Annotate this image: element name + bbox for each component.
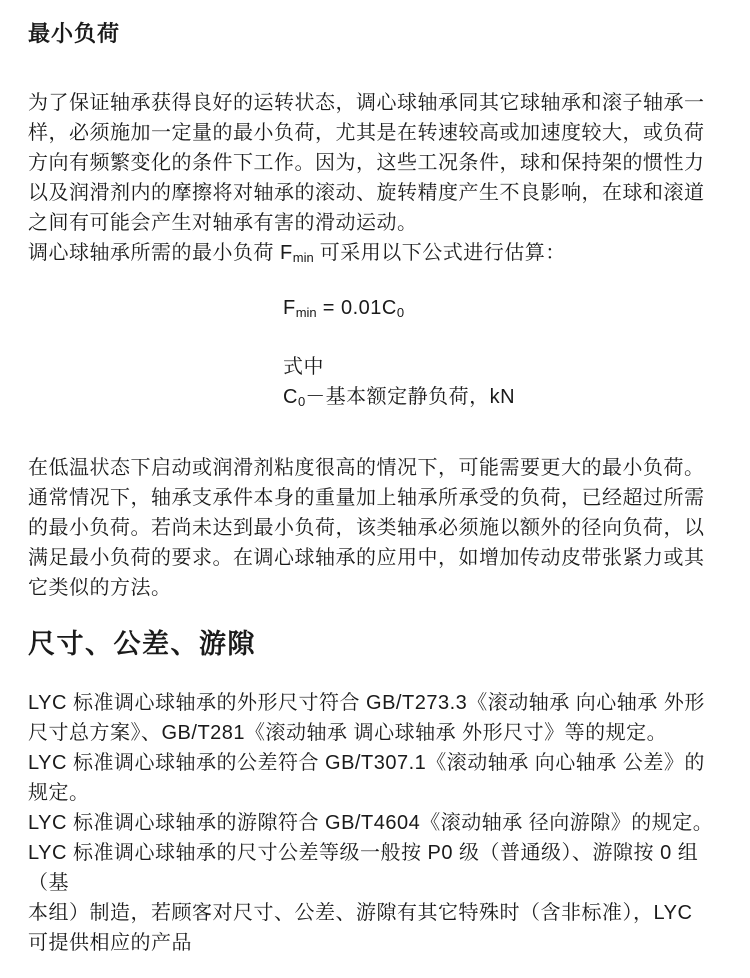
text-line: 以及润滑剂内的摩擦将对轴承的滚动、旋转精度产生不良影响，在球和滚道 [28,178,722,208]
text-line: 为了保证轴承获得良好的运转状态，调心球轴承同其它球轴承和滚子轴承一 [28,88,722,118]
formula-c-subscript: 0 [397,305,404,320]
formula-intro-pre: 调心球轴承所需的最小负荷 F [28,242,293,264]
text-line: LYC 标准调心球轴承的外形尺寸符合 GB/T273.3《滚动轴承 向心轴承 外… [28,688,722,718]
text-line: 尺寸总方案》、GB/T281《滚动轴承 调心球轴承 外形尺寸》等的规定。 [28,718,722,748]
text-line: LYC 标准调心球轴承的游隙符合 GB/T4604《滚动轴承 径向游隙》的规定。 [28,808,722,838]
where-def-symbol: C [283,386,298,408]
min-load-paragraph-2: 在低温状态下启动或润滑剂粘度很高的情况下，可能需要更大的最小负荷。通常情况下，轴… [28,453,722,603]
formula-f-subscript: min [296,305,317,320]
text-line: LYC 标准调心球轴承的尺寸公差等级一般按 P0 级（普通级）、游隙按 0 组（… [28,838,722,898]
formula-where-definition: C0－基本额定静负荷，kN [283,382,722,412]
dimensions-paragraph: LYC 标准调心球轴承的外形尺寸符合 GB/T273.3《滚动轴承 向心轴承 外… [28,688,722,958]
text-line: 可提供相应的产品 [28,928,722,958]
formula-f-symbol: F [283,297,296,319]
section-heading-min-load: 最小负荷 [28,22,722,46]
formula-expression: = 0.01C [317,297,397,319]
where-def-subscript: 0 [298,394,305,409]
text-line: 在低温状态下启动或润滑剂粘度很高的情况下，可能需要更大的最小负荷。 [28,453,722,483]
formula-intro-post: 可采用以下公式进行估算： [314,242,566,264]
formula-block: Fmin = 0.01C0 式中 C0－基本额定静负荷，kN [283,293,722,412]
text-line: 它类似的方法。 [28,573,722,603]
text-line: 的最小负荷。若尚未达到最小负荷，该类轴承必须施以额外的径向负荷，以 [28,513,722,543]
text-line: 本组）制造，若顾客对尺寸、公差、游隙有其它特殊时（含非标准），LYC [28,898,722,928]
formula-min-load: Fmin = 0.01C0 [283,293,722,323]
section-heading-dimensions-tolerance-clearance: 尺寸、公差、游隙 [28,628,722,660]
document-page: 最小负荷 为了保证轴承获得良好的运转状态，调心球轴承同其它球轴承和滚子轴承一样，… [0,0,750,978]
formula-where-label: 式中 [283,352,722,382]
text-line: LYC 标准调心球轴承的公差符合 GB/T307.1《滚动轴承 向心轴承 公差》… [28,748,722,778]
where-def-text: －基本额定静负荷，kN [305,386,515,408]
text-line: 样，必须施加一定量的最小负荷，尤其是在转速较高或加速度较大，或负荷 [28,118,722,148]
formula-intro-subscript: min [293,250,314,265]
text-line: 规定。 [28,778,722,808]
text-line: 通常情况下，轴承支承件本身的重量加上轴承所承受的负荷，已经超过所需 [28,483,722,513]
formula-intro-line: 调心球轴承所需的最小负荷 Fmin 可采用以下公式进行估算： [28,238,722,268]
text-line: 满足最小负荷的要求。在调心球轴承的应用中，如增加传动皮带张紧力或其 [28,543,722,573]
min-load-paragraph: 为了保证轴承获得良好的运转状态，调心球轴承同其它球轴承和滚子轴承一样，必须施加一… [28,88,722,238]
text-line: 之间有可能会产生对轴承有害的滑动运动。 [28,208,722,238]
text-line: 方向有频繁变化的条件下工作。因为，这些工况条件，球和保持架的惯性力 [28,148,722,178]
